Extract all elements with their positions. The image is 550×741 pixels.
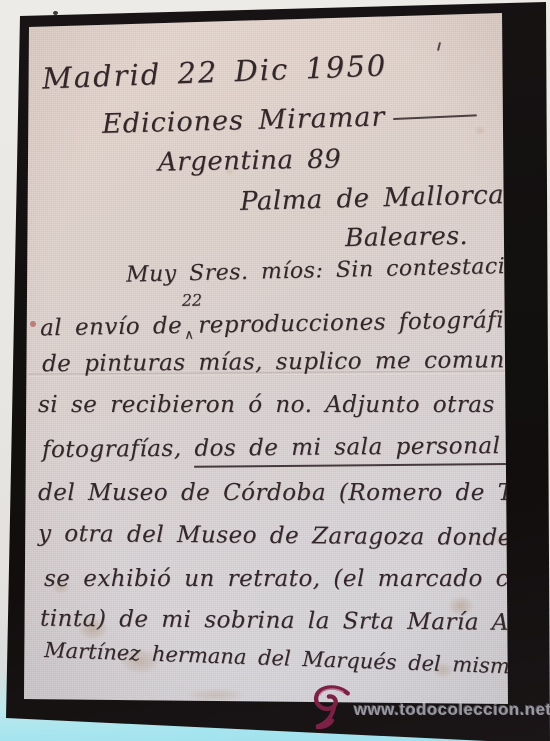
addressee-line: Ediciones Miramar	[102, 101, 478, 138]
city-line: Palma de Mallorca	[240, 181, 549, 215]
street-line: Argentina 89	[158, 146, 342, 175]
underlined-phrase: dos de mi sala personal	[194, 433, 512, 468]
insertion-caret-icon: ∧	[184, 329, 194, 342]
watermark-url: www.todocoleccion.net	[354, 700, 550, 720]
body-line-2: de pinturas mías, suplico me comunique	[42, 349, 550, 376]
inserted-number: 22	[182, 293, 203, 309]
addressee-text: Ediciones Miramar	[102, 102, 386, 140]
stain	[186, 688, 246, 702]
body-line-3: si se recibieron ó no. Adjunto otras tre…	[38, 394, 550, 417]
salutation-line: Muy Sres. míos: Sin contestación	[126, 255, 534, 286]
body-line-1-post: reproducciones fotográficas	[198, 307, 544, 339]
body-line-6: y otra del Museo de Zaragoza donde	[38, 523, 538, 550]
pen-tick	[437, 42, 441, 51]
body-line-8: tinta) de mi sobrina la Srta María Alons…	[40, 608, 550, 636]
pen-flourish	[393, 114, 477, 120]
body-line-5: del Museo de Córdoba (Romero de Torres)	[38, 482, 550, 505]
watermark: www.todocoleccion.net	[312, 684, 548, 734]
city-text: Palma de Mallorca	[240, 180, 505, 217]
body-line-7: se exhibió un retrato, (el marcado con	[44, 568, 539, 591]
region-line: Baleares.	[345, 223, 468, 250]
date-line: Madrid 22 Dic 1950	[42, 51, 388, 93]
body-line-6-text: y otra del Museo de Zaragoza donde	[38, 521, 512, 551]
body-line-1: al envío de22∧reproducciones fotográfica…	[40, 304, 544, 341]
red-ink-dot	[30, 321, 36, 327]
body-line-9: Martínez hermana del Marqués del mismo n…	[44, 640, 550, 681]
insertion-mark: 22∧	[182, 310, 198, 333]
dust-speck	[53, 11, 58, 15]
body-line-1-pre: al envío de	[40, 313, 183, 341]
todocoleccion-logo-icon	[312, 684, 350, 730]
photo-background: Madrid 22 Dic 1950 Ediciones Miramar Arg…	[0, 0, 550, 741]
body-line-4: fotografías, dos de mi sala personal	[42, 435, 513, 462]
letter-paper: Madrid 22 Dic 1950 Ediciones Miramar Arg…	[0, 0, 550, 741]
body-line-4-pre: fotografías,	[42, 436, 182, 463]
